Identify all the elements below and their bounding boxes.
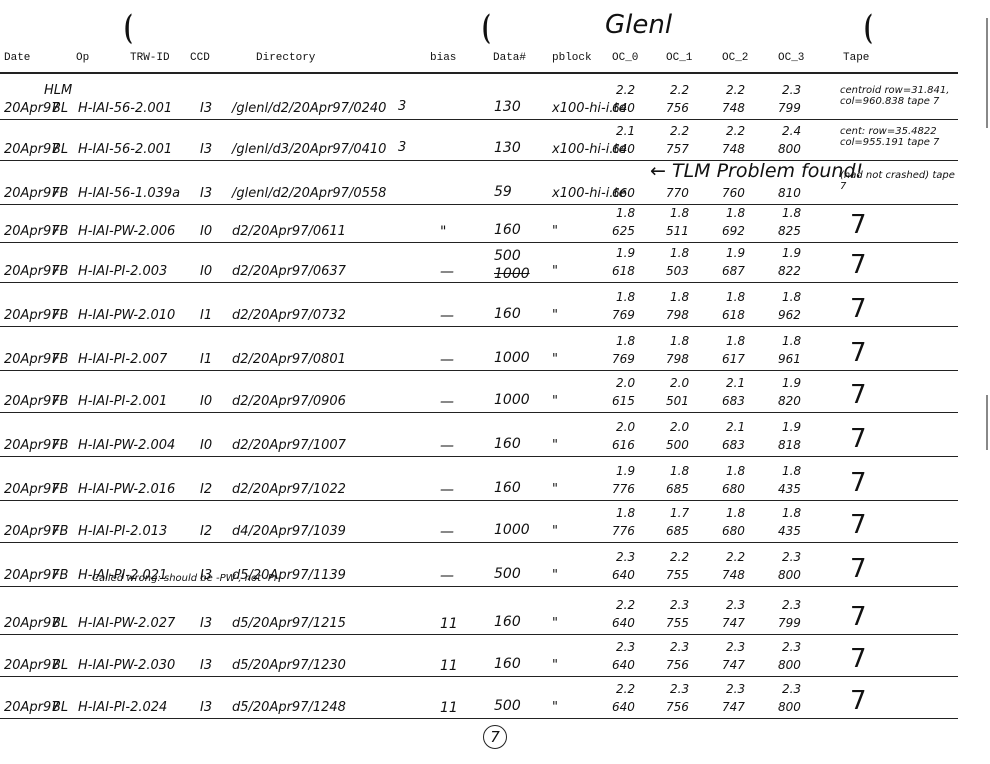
data-cell: 500 <box>494 698 521 714</box>
trw-id-cell: H-IAI-PI-2.003 <box>78 264 167 279</box>
directory-cell: d5/20Apr97/1215 <box>232 616 346 631</box>
bias-cell: — <box>440 524 454 540</box>
problem-found-note: ← TLM Problem found! <box>650 160 863 182</box>
scan-edge <box>986 395 988 450</box>
directory-cell: d5/20Apr97/1248 <box>232 700 346 715</box>
oc-gain-cell: 2.2 <box>616 682 635 696</box>
column-header: Date <box>4 52 30 64</box>
trw-id-cell: H-IAI-PW-2.004 <box>78 438 175 453</box>
data-struck-cell: 1000 <box>494 266 530 282</box>
column-header: Directory <box>256 52 315 64</box>
oc-level-cell: 800 <box>778 142 801 156</box>
directory-cell: d2/20Apr97/1022 <box>232 482 346 497</box>
tape-note: cent: row=35.4822 col=955.191 tape 7 <box>840 126 955 148</box>
header-divider <box>0 72 958 74</box>
ccd-cell: I0 <box>200 264 212 279</box>
row-divider <box>0 634 958 635</box>
oc-gain-cell: 2.3 <box>782 83 801 97</box>
pblock-cell: " <box>552 438 558 453</box>
data-cell: 160 <box>494 656 521 672</box>
bias-cell: " <box>440 224 446 240</box>
oc-gain-cell: 2.2 <box>670 83 689 97</box>
data-cell: 1000 <box>494 522 530 538</box>
row-divider <box>0 204 958 205</box>
op-cell: FB <box>52 524 68 539</box>
oc-level-cell: 769 <box>612 352 635 366</box>
column-header: Op <box>76 52 89 64</box>
oc-gain-cell: 2.3 <box>616 640 635 654</box>
bracket-mark: ( <box>482 8 491 48</box>
oc-level-cell: 810 <box>778 186 801 200</box>
directory-cell: d4/20Apr97/1039 <box>232 524 346 539</box>
trw-id-cell: H-IAI-PW-2.006 <box>78 224 175 239</box>
ccd-cell: I1 <box>200 352 212 367</box>
oc-level-cell: 617 <box>722 352 745 366</box>
row-divider <box>0 282 958 283</box>
bias-cell: — <box>440 264 454 280</box>
tape-cell: 7 <box>850 602 867 632</box>
data-cell: 160 <box>494 614 521 630</box>
directory-cell: /glenl/d2/20Apr97/0558 <box>232 186 386 201</box>
column-header: CCD <box>190 52 210 64</box>
oc-gain-cell: 1.8 <box>726 506 745 520</box>
bias-cell: — <box>440 308 454 324</box>
oc-gain-cell: 1.8 <box>782 290 801 304</box>
oc-level-cell: 660 <box>612 186 635 200</box>
data-cell: 130 <box>494 99 521 115</box>
bias-cell: — <box>440 482 454 498</box>
scan-edge <box>986 18 988 128</box>
oc-level-cell: 756 <box>666 700 689 714</box>
oc-gain-cell: 1.8 <box>782 464 801 478</box>
oc-gain-cell: 1.8 <box>616 206 635 220</box>
tape-cell: 7 <box>850 686 867 716</box>
data-cell: 59 <box>494 184 512 200</box>
oc-gain-cell: 1.8 <box>670 246 689 260</box>
oc-level-cell: 683 <box>722 438 745 452</box>
oc-level-cell: 800 <box>778 700 801 714</box>
data-cell: 160 <box>494 480 521 496</box>
oc-level-cell: 616 <box>612 438 635 452</box>
oc-gain-cell: 2.0 <box>616 420 635 434</box>
op-cell: FB <box>52 568 68 583</box>
oc-gain-cell: 1.8 <box>782 506 801 520</box>
oc-level-cell: 625 <box>612 224 635 238</box>
bracket-mark: ( <box>124 8 133 48</box>
oc-level-cell: 615 <box>612 394 635 408</box>
data-cell: 160 <box>494 436 521 452</box>
data-cell: 500 <box>494 248 521 264</box>
tape-cell: 7 <box>850 644 867 674</box>
oc-level-cell: 501 <box>666 394 689 408</box>
column-header: bias <box>430 52 456 64</box>
oc-level-cell: 799 <box>778 616 801 630</box>
pblock-cell: " <box>552 352 558 367</box>
oc-gain-cell: 2.0 <box>616 376 635 390</box>
oc-level-cell: 798 <box>666 352 689 366</box>
oc-level-cell: 685 <box>666 482 689 496</box>
pblock-cell: " <box>552 308 558 323</box>
oc-level-cell: 640 <box>612 101 635 115</box>
column-header: OC_1 <box>666 52 692 64</box>
pblock-cell: " <box>552 568 558 583</box>
oc-gain-cell: 1.8 <box>726 290 745 304</box>
data-cell: 130 <box>494 140 521 156</box>
oc-gain-cell: 2.3 <box>726 598 745 612</box>
oc-gain-cell: 2.3 <box>670 640 689 654</box>
directory-cell: d2/20Apr97/0801 <box>232 352 346 367</box>
ccd-cell: I0 <box>200 394 212 409</box>
directory-note: 3 <box>398 140 406 155</box>
oc-level-cell: 503 <box>666 264 689 278</box>
directory-cell: d2/20Apr97/1007 <box>232 438 346 453</box>
pblock-cell: " <box>552 524 558 539</box>
tape-cell: 7 <box>850 380 867 410</box>
op-cell: FB <box>52 224 68 239</box>
trw-id-cell: H-IAI-PW-2.027 <box>78 616 175 631</box>
oc-level-cell: 748 <box>722 142 745 156</box>
ccd-cell: I0 <box>200 224 212 239</box>
oc-level-cell: 747 <box>722 616 745 630</box>
oc-gain-cell: 2.1 <box>616 124 635 138</box>
column-header: TRW-ID <box>130 52 170 64</box>
ccd-cell: I3 <box>200 101 212 116</box>
oc-level-cell: 692 <box>722 224 745 238</box>
oc-level-cell: 769 <box>612 308 635 322</box>
oc-gain-cell: 2.2 <box>670 550 689 564</box>
oc-level-cell: 755 <box>666 616 689 630</box>
op-cell: FB <box>52 308 68 323</box>
oc-level-cell: 680 <box>722 482 745 496</box>
op-cell: FB <box>52 352 68 367</box>
ccd-cell: I3 <box>200 700 212 715</box>
bias-cell: — <box>440 394 454 410</box>
oc-level-cell: 757 <box>666 142 689 156</box>
oc-gain-cell: 2.3 <box>782 682 801 696</box>
trw-id-cell: H-IAI-PW-2.010 <box>78 308 175 323</box>
oc-gain-cell: 1.9 <box>616 464 635 478</box>
oc-level-cell: 748 <box>722 568 745 582</box>
oc-level-cell: 822 <box>778 264 801 278</box>
tape-cell: 7 <box>850 338 867 368</box>
ccd-cell: I1 <box>200 308 212 323</box>
column-header: Data# <box>493 52 526 64</box>
oc-gain-cell: 1.9 <box>726 246 745 260</box>
oc-level-cell: 756 <box>666 658 689 672</box>
oc-gain-cell: 2.2 <box>616 83 635 97</box>
tape-cell: 7 <box>850 294 867 324</box>
oc-gain-cell: 2.2 <box>726 550 745 564</box>
trw-id-cell: H-IAI-PI-2.024 <box>78 700 167 715</box>
tape-cell: 7 <box>850 468 867 498</box>
row-divider <box>0 326 958 327</box>
oc-gain-cell: 2.3 <box>782 598 801 612</box>
oc-gain-cell: 1.8 <box>616 290 635 304</box>
op-cell: FB <box>52 482 68 497</box>
oc-gain-cell: 1.8 <box>782 334 801 348</box>
page-number: 7 <box>483 725 507 749</box>
oc-level-cell: 640 <box>612 142 635 156</box>
trw-id-cell: H-IAI-PI-2.007 <box>78 352 167 367</box>
oc-gain-cell: 1.7 <box>670 506 689 520</box>
directory-note: 3 <box>398 99 406 114</box>
oc-gain-cell: 1.8 <box>726 464 745 478</box>
oc-gain-cell: 1.9 <box>616 246 635 260</box>
oc-level-cell: 435 <box>778 482 801 496</box>
pblock-cell: " <box>552 482 558 497</box>
oc-level-cell: 825 <box>778 224 801 238</box>
op-cell: FB <box>52 264 68 279</box>
bracket-mark: ( <box>864 8 873 48</box>
row-divider <box>0 542 958 543</box>
oc-gain-cell: 2.1 <box>726 420 745 434</box>
trw-id-cell: H-IAI-56-2.001 <box>78 101 172 116</box>
row-divider <box>0 676 958 677</box>
oc-gain-cell: 2.1 <box>726 376 745 390</box>
oc-gain-cell: 2.3 <box>782 640 801 654</box>
oc-gain-cell: 2.2 <box>726 124 745 138</box>
oc-level-cell: 618 <box>612 264 635 278</box>
oc-level-cell: 770 <box>666 186 689 200</box>
pblock-cell: " <box>552 224 558 239</box>
pblock-cell: " <box>552 616 558 631</box>
oc-gain-cell: 2.3 <box>726 682 745 696</box>
row-divider <box>0 456 958 457</box>
row-divider <box>0 718 958 719</box>
oc-gain-cell: 2.3 <box>726 640 745 654</box>
op-cell: BL <box>52 700 68 715</box>
ccd-cell: I3 <box>200 616 212 631</box>
bias-cell: — <box>440 352 454 368</box>
oc-level-cell: 755 <box>666 568 689 582</box>
oc-level-cell: 800 <box>778 658 801 672</box>
ccd-cell: I2 <box>200 524 212 539</box>
tape-cell: 7 <box>850 250 867 280</box>
column-header: OC_3 <box>778 52 804 64</box>
oc-level-cell: 818 <box>778 438 801 452</box>
trw-id-cell: H-IAI-PW-2.016 <box>78 482 175 497</box>
trw-id-cell: H-IAI-56-1.039a <box>78 186 180 201</box>
oc-level-cell: 747 <box>722 658 745 672</box>
data-cell: 1000 <box>494 392 530 408</box>
oc-level-cell: 776 <box>612 482 635 496</box>
oc-level-cell: 500 <box>666 438 689 452</box>
ccd-cell: I2 <box>200 482 212 497</box>
oc-gain-cell: 2.2 <box>616 598 635 612</box>
oc-level-cell: 748 <box>722 101 745 115</box>
oc-gain-cell: 1.8 <box>670 464 689 478</box>
trw-id-cell: H-IAI-PI-2.001 <box>78 394 167 409</box>
tape-cell: 7 <box>850 424 867 454</box>
data-cell: 160 <box>494 222 521 238</box>
row-divider <box>0 412 958 413</box>
oc-level-cell: 640 <box>612 658 635 672</box>
directory-cell: d2/20Apr97/0611 <box>232 224 346 239</box>
ccd-cell: I0 <box>200 438 212 453</box>
oc-level-cell: 640 <box>612 568 635 582</box>
op-cell: FB <box>52 394 68 409</box>
data-cell: 1000 <box>494 350 530 366</box>
directory-cell: /glenl/d3/20Apr97/0410 <box>232 142 386 157</box>
oc-level-cell: 435 <box>778 524 801 538</box>
oc-level-cell: 747 <box>722 700 745 714</box>
oc-gain-cell: 1.8 <box>616 334 635 348</box>
oc-gain-cell: 1.8 <box>726 206 745 220</box>
oc-level-cell: 640 <box>612 700 635 714</box>
row-divider <box>0 119 958 120</box>
directory-cell: d2/20Apr97/0637 <box>232 264 346 279</box>
row-divider <box>0 242 958 243</box>
tape-cell: 7 <box>850 554 867 584</box>
called-wrong-note: Called wrong: should be -PW-, not -PI- <box>92 573 280 584</box>
trw-id-cell: H-IAI-PW-2.030 <box>78 658 175 673</box>
column-header: pblock <box>552 52 592 64</box>
header-note: Glenl <box>605 10 672 40</box>
op-cell: BL <box>52 101 68 116</box>
pblock-cell: " <box>552 700 558 715</box>
oc-level-cell: 776 <box>612 524 635 538</box>
bias-cell: 11 <box>440 658 458 674</box>
oc-gain-cell: 2.3 <box>670 598 689 612</box>
oc-level-cell: 687 <box>722 264 745 278</box>
oc-level-cell: 680 <box>722 524 745 538</box>
trw-id-cell: H-IAI-PI-2.013 <box>78 524 167 539</box>
oc-gain-cell: 2.4 <box>782 124 801 138</box>
data-cell: 160 <box>494 306 521 322</box>
oc-level-cell: 962 <box>778 308 801 322</box>
oc-level-cell: 683 <box>722 394 745 408</box>
oc-gain-cell: 1.8 <box>670 334 689 348</box>
ccd-cell: I3 <box>200 186 212 201</box>
oc-level-cell: 820 <box>778 394 801 408</box>
oc-gain-cell: 1.8 <box>782 206 801 220</box>
oc-gain-cell: 1.8 <box>670 290 689 304</box>
row-divider <box>0 370 958 371</box>
pblock-cell: " <box>552 658 558 673</box>
tape-cell: 7 <box>850 510 867 540</box>
oc-gain-cell: 2.0 <box>670 376 689 390</box>
row-divider <box>0 500 958 501</box>
oc-level-cell: 640 <box>612 616 635 630</box>
op-cell: FB <box>52 186 68 201</box>
directory-cell: d2/20Apr97/0732 <box>232 308 346 323</box>
row-divider <box>0 586 958 587</box>
op-cell: FB <box>52 438 68 453</box>
oc-gain-cell: 2.0 <box>670 420 689 434</box>
oc-gain-cell: 1.8 <box>616 506 635 520</box>
oc-gain-cell: 2.2 <box>670 124 689 138</box>
oc-gain-cell: 2.2 <box>726 83 745 97</box>
oc-level-cell: 511 <box>666 224 689 238</box>
ccd-cell: I3 <box>200 142 212 157</box>
oc-gain-cell: 2.3 <box>782 550 801 564</box>
oc-gain-cell: 1.8 <box>670 206 689 220</box>
trw-id-cell: H-IAI-56-2.001 <box>78 142 172 157</box>
pblock-cell: " <box>552 264 558 279</box>
tape-cell: 7 <box>850 210 867 240</box>
oc-level-cell: 798 <box>666 308 689 322</box>
oc-level-cell: 618 <box>722 308 745 322</box>
op-cell: BL <box>52 142 68 157</box>
oc-level-cell: 961 <box>778 352 801 366</box>
directory-cell: /glenl/d2/20Apr97/0240 <box>232 101 386 116</box>
oc-gain-cell: 1.9 <box>782 246 801 260</box>
column-header: Tape <box>843 52 869 64</box>
bias-cell: 11 <box>440 616 458 632</box>
oc-gain-cell: 2.3 <box>616 550 635 564</box>
op-note: HLM <box>44 83 72 98</box>
bias-cell: — <box>440 568 454 584</box>
directory-cell: d2/20Apr97/0906 <box>232 394 346 409</box>
bias-cell: — <box>440 438 454 454</box>
directory-cell: d5/20Apr97/1230 <box>232 658 346 673</box>
column-header: OC_0 <box>612 52 638 64</box>
oc-gain-cell: 1.9 <box>782 420 801 434</box>
oc-gain-cell: 1.9 <box>782 376 801 390</box>
column-header: OC_2 <box>722 52 748 64</box>
bias-cell: 11 <box>440 700 458 716</box>
oc-level-cell: 799 <box>778 101 801 115</box>
op-cell: BL <box>52 658 68 673</box>
oc-gain-cell: 1.8 <box>726 334 745 348</box>
oc-level-cell: 760 <box>722 186 745 200</box>
oc-level-cell: 685 <box>666 524 689 538</box>
op-cell: BL <box>52 616 68 631</box>
oc-gain-cell: 2.3 <box>670 682 689 696</box>
oc-level-cell: 800 <box>778 568 801 582</box>
ccd-cell: I3 <box>200 658 212 673</box>
oc-level-cell: 756 <box>666 101 689 115</box>
data-cell: 500 <box>494 566 521 582</box>
pblock-cell: " <box>552 394 558 409</box>
tape-note: centroid row=31.841, col=960.838 tape 7 <box>840 85 955 107</box>
